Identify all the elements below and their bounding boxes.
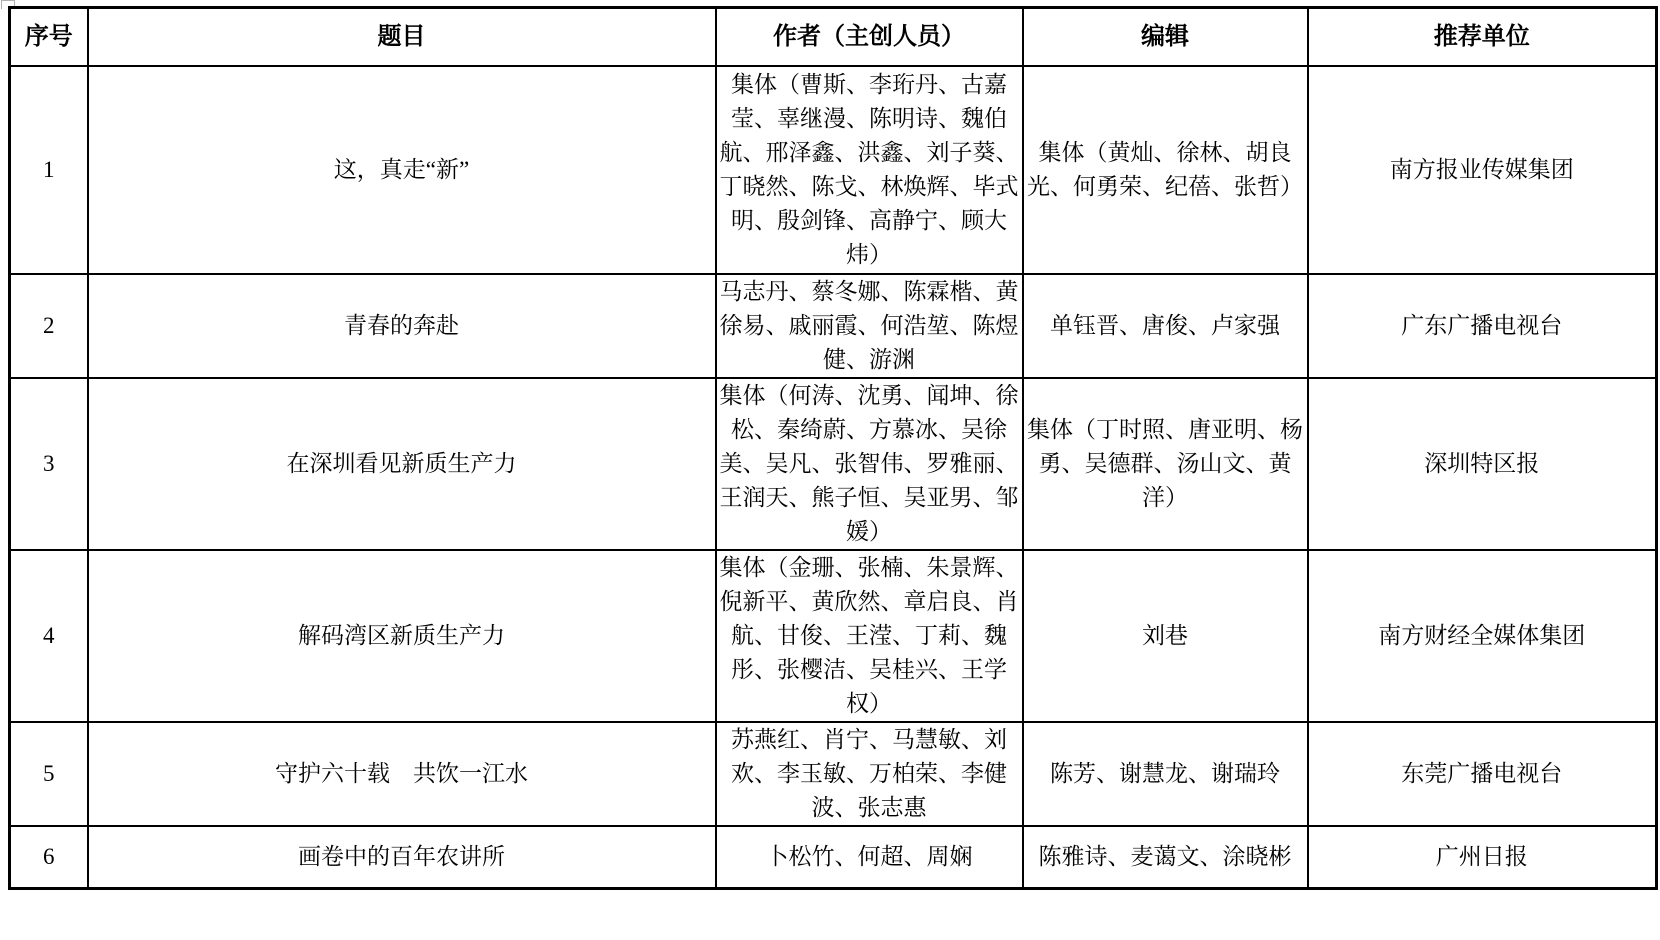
- cell-authors: 集体（何涛、沈勇、闻坤、徐松、秦绮蔚、方慕冰、吴徐美、吴凡、张智伟、罗雅丽、王润…: [716, 378, 1023, 550]
- cell-title: 青春的奔赴: [88, 274, 716, 378]
- cell-index: 4: [10, 550, 88, 722]
- cell-editors: 刘巷: [1023, 550, 1308, 722]
- cell-index: 3: [10, 378, 88, 550]
- cell-editors: 陈雅诗、麦蔼文、涂晓彬: [1023, 826, 1308, 889]
- table-row: 5 守护六十载 共饮一江水 苏燕红、肖宁、马慧敏、刘欢、李玉敏、万柏荣、李健波、…: [10, 722, 1657, 826]
- cell-editors: 单钰晋、唐俊、卢家强: [1023, 274, 1308, 378]
- cell-index: 5: [10, 722, 88, 826]
- table-row: 2 青春的奔赴 马志丹、蔡冬娜、陈霖楷、黄徐易、戚丽霞、何浩堃、陈煜健、游渊 单…: [10, 274, 1657, 378]
- table-row: 1 这，真走“新” 集体（曹斯、李珩丹、古嘉莹、辜继漫、陈明诗、魏伯航、邢泽鑫、…: [10, 66, 1657, 274]
- cell-title: 解码湾区新质生产力: [88, 550, 716, 722]
- cell-editors: 陈芳、谢慧龙、谢瑞玲: [1023, 722, 1308, 826]
- cell-authors: 马志丹、蔡冬娜、陈霖楷、黄徐易、戚丽霞、何浩堃、陈煜健、游渊: [716, 274, 1023, 378]
- cell-unit: 广州日报: [1308, 826, 1657, 889]
- cell-index: 1: [10, 66, 88, 274]
- cell-title: 这，真走“新”: [88, 66, 716, 274]
- cell-editors: 集体（黄灿、徐林、胡良光、何勇荣、纪蓓、张哲）: [1023, 66, 1308, 274]
- cell-authors: 卜松竹、何超、周娴: [716, 826, 1023, 889]
- column-header-authors: 作者（主创人员）: [716, 8, 1023, 67]
- table-row: 4 解码湾区新质生产力 集体（金珊、张楠、朱景辉、倪新平、黄欣然、章启良、肖航、…: [10, 550, 1657, 722]
- cell-title: 守护六十载 共饮一江水: [88, 722, 716, 826]
- cell-authors: 集体（曹斯、李珩丹、古嘉莹、辜继漫、陈明诗、魏伯航、邢泽鑫、洪鑫、刘子葵、丁晓然…: [716, 66, 1023, 274]
- document-page: 序号 题目 作者（主创人员） 编辑 推荐单位 1 这，真走“新” 集体（曹斯、李…: [0, 0, 1660, 940]
- cell-unit: 南方报业传媒集团: [1308, 66, 1657, 274]
- column-header-title: 题目: [88, 8, 716, 67]
- cell-unit: 南方财经全媒体集团: [1308, 550, 1657, 722]
- column-header-editors: 编辑: [1023, 8, 1308, 67]
- table-row: 3 在深圳看见新质生产力 集体（何涛、沈勇、闻坤、徐松、秦绮蔚、方慕冰、吴徐美、…: [10, 378, 1657, 550]
- cell-unit: 东莞广播电视台: [1308, 722, 1657, 826]
- cell-index: 2: [10, 274, 88, 378]
- cell-authors: 苏燕红、肖宁、马慧敏、刘欢、李玉敏、万柏荣、李健波、张志惠: [716, 722, 1023, 826]
- table-row: 6 画卷中的百年农讲所 卜松竹、何超、周娴 陈雅诗、麦蔼文、涂晓彬 广州日报: [10, 826, 1657, 889]
- cell-title: 画卷中的百年农讲所: [88, 826, 716, 889]
- cell-index: 6: [10, 826, 88, 889]
- cell-title: 在深圳看见新质生产力: [88, 378, 716, 550]
- cell-editors: 集体（丁时照、唐亚明、杨勇、吴德群、汤山文、黄洋）: [1023, 378, 1308, 550]
- cell-unit: 广东广播电视台: [1308, 274, 1657, 378]
- cell-authors: 集体（金珊、张楠、朱景辉、倪新平、黄欣然、章启良、肖航、甘俊、王滢、丁莉、魏彤、…: [716, 550, 1023, 722]
- cell-unit: 深圳特区报: [1308, 378, 1657, 550]
- column-header-unit: 推荐单位: [1308, 8, 1657, 67]
- award-entries-table: 序号 题目 作者（主创人员） 编辑 推荐单位 1 这，真走“新” 集体（曹斯、李…: [8, 6, 1658, 890]
- column-header-index: 序号: [10, 8, 88, 67]
- table-header-row: 序号 题目 作者（主创人员） 编辑 推荐单位: [10, 8, 1657, 67]
